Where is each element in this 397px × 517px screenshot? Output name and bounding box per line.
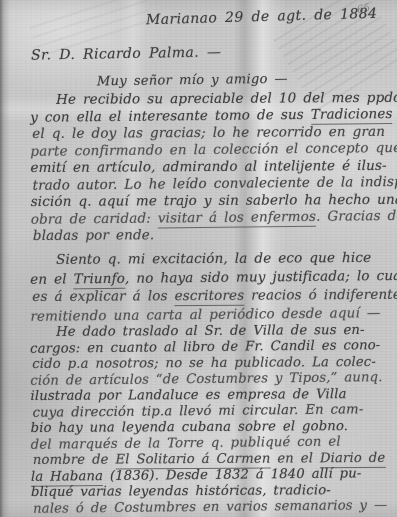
handwriting-line: nales ó de Costumbres en varios semanari… <box>33 498 387 517</box>
text-segment: (1836). Desde 1832 á 1840 allí pu- <box>103 466 362 484</box>
text-segment: bio hay una leyenda cubana sobre el gobn… <box>31 419 349 436</box>
underlined-phrase: escritores <box>175 288 245 306</box>
handwriting-line: es á explicar á los escritores reacios ó… <box>32 286 386 307</box>
text-segment: nales ó de Costumbres en varios semanari… <box>33 498 387 517</box>
underlined-phrase: Tradiciones <box>311 106 393 124</box>
text-segment: emití en artículo, admirando al intelije… <box>30 158 386 176</box>
text-segment: remitiendo una carta al periódico desde … <box>30 305 380 325</box>
text-segment: reacios ó indiferentes, <box>244 287 397 304</box>
paragraph: He recibido su apreciable del 10 del mes… <box>30 90 387 245</box>
addressee-line: Sr. D. Ricardo Palma. — <box>31 44 222 63</box>
salutation-line: Muy señor mío y amigo — <box>97 72 288 90</box>
text-segment: el q. le doy las gracias; lo he recorrid… <box>32 124 385 142</box>
handwriting-line: bladas por ende. <box>33 226 387 245</box>
handwriting-line: Siento q. mi excitación, la de eco que h… <box>30 249 386 270</box>
text-segment: y con ella el interesante tomo de sus <box>30 107 311 126</box>
text-segment: , no haya sido muy justificada; lo cual <box>125 267 397 286</box>
text-segment: parte confirmando en la colección el con… <box>30 140 397 160</box>
text-segment: . Gracias do- <box>316 208 397 225</box>
text-segment: por <box>392 106 397 122</box>
text-segment: cuya dirección tip.a llevó mi circular. … <box>32 402 363 420</box>
underlined-phrase: El Solitario á Carmen <box>115 452 270 469</box>
text-segment: cido p.a nosotros; no se ha publicado. L… <box>32 355 376 372</box>
text-segment: obra de caridad: <box>31 210 158 227</box>
text-segment: ción de artículos “de Costumbres y Tipos… <box>30 370 382 389</box>
text-segment: cargos: en cuanto al libro de Fr. Candil… <box>30 338 380 357</box>
letter-body: He recibido su apreciable del 10 del mes… <box>30 92 386 517</box>
text-segment: Siento q. mi excitación, la de eco que h… <box>56 250 371 268</box>
text-segment: en el <box>30 271 74 287</box>
text-segment: ilustrada por Landaluce es empresa de Vi… <box>30 387 346 404</box>
letter-page: 65 Marianao 29 de agt. de 1884 Sr. D. Ri… <box>0 0 397 517</box>
text-segment: del marqués de la Torre q. publiqué con … <box>31 435 341 453</box>
underlined-phrase: la Habana <box>31 469 103 486</box>
underlined-phrase: Triunfo <box>74 270 126 288</box>
text-segment: bladas por ende. <box>33 227 155 244</box>
text-segment: sición q. aquí me trajo y sin saberlo ha… <box>31 192 397 210</box>
text-segment: He recibido su apreciable del 10 del mes… <box>56 90 397 108</box>
text-segment: es á explicar á los <box>32 288 174 305</box>
handwriting-line: en el Triunfo, no haya sido muy justific… <box>30 267 386 289</box>
handwriting-line: y con ella el interesante tomo de sus Tr… <box>30 106 386 127</box>
underlined-phrase: visitar á los enfermos <box>158 209 316 228</box>
paragraph: He dado traslado al Sr. de Villa de sus … <box>30 323 387 517</box>
scan-left-edge-shadow <box>0 0 10 517</box>
text-segment: trado autor. Lo he leído convaleciente d… <box>32 174 397 194</box>
text-segment: en el <box>270 451 320 466</box>
text-segment: He dado traslado al Sr. de Villa de sus … <box>56 323 365 340</box>
text-segment: nombre de <box>33 452 116 468</box>
paragraph: Siento q. mi excitación, la de eco que h… <box>30 249 386 325</box>
